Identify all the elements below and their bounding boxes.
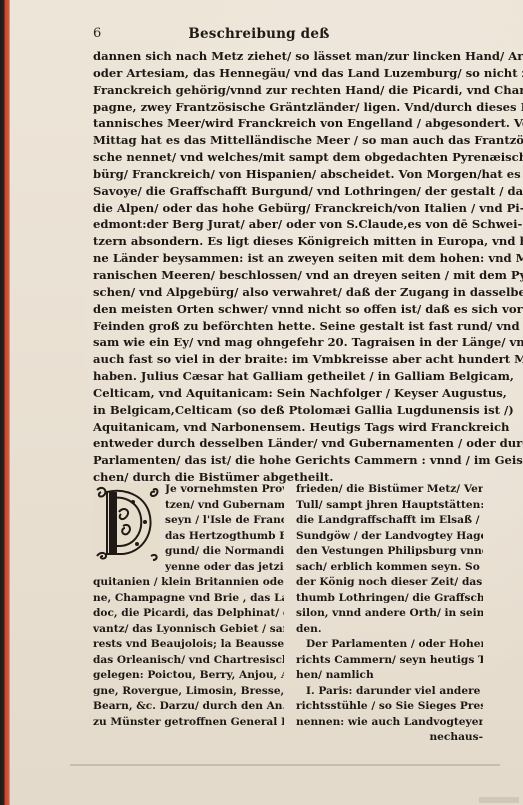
text-line: Sundgöw / der Landvogtey Hagenau/ vñ: [296, 529, 483, 545]
text-line: quitanien / klein Britannien oder Bretag…: [93, 575, 284, 591]
text-line: gne, Rovergue, Limosin, Bresse, Foix,: [93, 684, 284, 700]
running-head: 6 Beschreibung deß: [93, 26, 425, 44]
text-line: zu Münster getroffnen General Reichs-: [93, 715, 284, 731]
text-line: die Alpen/ oder das hohe Gebürg/ Franckr…: [93, 200, 482, 217]
text-line: die Landgraffschafft im Elsaß / mit dem: [296, 513, 483, 529]
catchword: nechaus-: [296, 730, 483, 746]
text-line: edmont:der Berg Jurat/ aber/ oder von S.…: [93, 216, 482, 233]
text-line: Tull/ sampt jhren Hauptstätten: Item/: [296, 498, 483, 514]
text-line: nennen: wie auch Landvogteyen/ oder Se-: [296, 715, 483, 731]
text-line: richtsstühle / so Sie Sieges Presidiaux: [296, 699, 483, 715]
text-line: sche nennet/ vnd welches/mit sampt dem o…: [93, 149, 482, 166]
text-line: Franckreich gehörig/vnnd zur rechten Han…: [93, 82, 482, 99]
text-line: den meisten Orten schwer/ vnnd nicht so …: [93, 301, 482, 318]
text-line: Je vornehmsten Provin-: [165, 482, 284, 498]
library-stamp-mark: [479, 797, 519, 803]
left-column: Je vornehmsten Provin- tzen/ vnd Guberna…: [93, 482, 284, 730]
text-line: richts Cammern/ seyn heutigs Tags ze-: [296, 653, 483, 669]
text-line: I. Paris: darunder viel andere Ge-: [296, 684, 483, 700]
text-line: Aquitanicam, vnd Narbonensem. Heutigs Ta…: [93, 419, 482, 436]
text-line: silon, vnnd andere Orth/ in seinen Han-: [296, 606, 483, 622]
text-line: Celticam, vnd Aquitanicam: Sein Nachfolg…: [93, 385, 482, 402]
text-line: entweder durch desselben Länder/ vnd Gub…: [93, 435, 482, 452]
text-line: den.: [296, 622, 483, 638]
text-line: yenne oder das jetzige A-: [165, 560, 284, 576]
text-line: Mittag hat es das Mittelländische Meer /…: [93, 132, 482, 149]
text-line: bürg/ Franckreich/ von Hispanien/ absche…: [93, 166, 482, 183]
text-line: Savoye/ die Graffschafft Burgund/ vnd Lo…: [93, 183, 482, 200]
text-line: hen/ namlich: [296, 668, 483, 684]
text-line: tzern absondern. Es ligt dieses Königrei…: [93, 233, 482, 250]
text-line: der König noch dieser Zeit/ das Hertzog-: [296, 575, 483, 591]
text-line: in Belgicam,Celticam (so deß Ptolomæi Ga…: [93, 402, 482, 419]
text-line: Der Parlamenten / oder Hohen Ge-: [296, 637, 483, 653]
text-line: schen/ vnd Alpgebürg/ also verwahret/ da…: [93, 284, 482, 301]
text-line: Bearn, &c. Darzu/ durch den An. 1648.: [93, 699, 284, 715]
text-line: sach/ erblich kommen seyn. So hat auch: [296, 560, 483, 576]
text-line: pagne, zwey Frantzösische Gräntzländer/ …: [93, 99, 482, 116]
text-line: das Orleanisch/ vnd Chartresisch Gebiet: [93, 653, 284, 669]
text-line: vantz/ das Lyonnisch Gebiet / sampt Fo-: [93, 622, 284, 638]
text-line: haben. Julius Cæsar hat Galliam getheile…: [93, 368, 482, 385]
text-line: tannisches Meer/wird Franckreich von Eng…: [93, 115, 482, 132]
text-line: seyn / l'Isle de France,: [165, 513, 284, 529]
text-line: oder Artesiam, das Hennegäu/ vnd das Lan…: [93, 65, 482, 82]
right-column: frieden/ die Bistümer Metz/ Verdun/ vñ T…: [296, 482, 483, 746]
text-line: Parlamenten/ das ist/ die hohe Gerichts …: [93, 452, 482, 469]
text-line: das Hertzogthumb Bur-: [165, 529, 284, 545]
text-line: Feinden groß zu beförchten hette. Seine …: [93, 318, 482, 335]
text-line: doc, die Picardi, das Delphinat/ die Pro…: [93, 606, 284, 622]
text-line: frieden/ die Bistümer Metz/ Verdun/ vñ: [296, 482, 483, 498]
book-binding-edge: [0, 0, 10, 805]
text-line: ne, Champagne vnd Brie , das Langue-: [93, 591, 284, 607]
text-line: auch fast so viel in der braite: im Vmbk…: [93, 351, 482, 368]
page-fold-shadow: [70, 764, 500, 766]
text-line: ranischen Meeren/ beschlossen/ vnd an dr…: [93, 267, 482, 284]
running-head-title: Beschreibung deß: [93, 26, 425, 42]
text-line: gund/ die Normandi/Gu-: [165, 544, 284, 560]
text-line: thumb Lothringen/ die Graffschafft Rous-: [296, 591, 483, 607]
text-line: ne Länder beysammen: ist an zweyen seite…: [93, 250, 482, 267]
text-line: dannen sich nach Metz ziehet/ so lässet …: [93, 48, 482, 65]
text-line: sam wie ein Ey/ vnd mag ohngefehr 20. Ta…: [93, 334, 482, 351]
main-paragraph: dannen sich nach Metz ziehet/ so lässet …: [93, 48, 482, 486]
text-line: rests vnd Beaujolois; la Beausse , darin…: [93, 637, 284, 653]
text-line: tzen/ vnd Gubernamenten: [165, 498, 284, 514]
text-line: den Vestungen Philipsburg vnnd Bry-: [296, 544, 483, 560]
text-line: gelegen: Poictou, Berry, Anjou, Auver-: [93, 668, 284, 684]
